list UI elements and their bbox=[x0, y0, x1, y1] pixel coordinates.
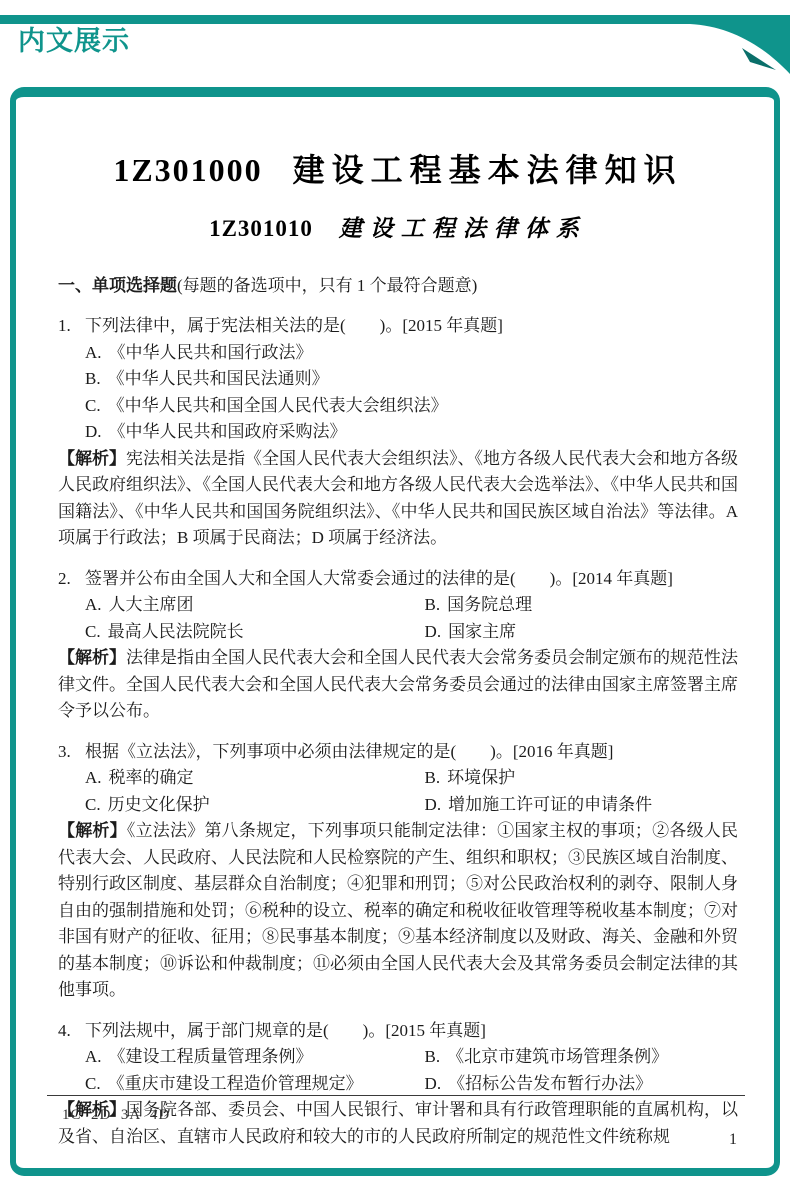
section-code: 1Z301010 bbox=[209, 216, 313, 241]
question-stem-text: 签署并公布由全国人大和全国人大常委会通过的法律的是( )。[2014 年真题] bbox=[85, 566, 738, 593]
question-stem: 1.下列法律中，属于宪法相关法的是( )。[2015 年真题] bbox=[58, 313, 738, 340]
option-item: D.《中华人民共和国政府采购法》 bbox=[85, 419, 738, 446]
option-list: A.税率的确定B.环境保护C.历史文化保护D.增加施工许可证的申请条件 bbox=[85, 765, 738, 818]
option-text: 最高人民法院院长 bbox=[108, 619, 244, 646]
option-label: B. bbox=[85, 366, 101, 393]
question-number: 4. bbox=[58, 1018, 85, 1045]
option-text: 国务院总理 bbox=[447, 592, 532, 619]
option-text: 《重庆市建设工程造价管理规定》 bbox=[108, 1071, 363, 1098]
option-list: A.人大主席团B.国务院总理C.最高人民法院院长D.国家主席 bbox=[85, 592, 738, 645]
option-label: B. bbox=[425, 1044, 441, 1071]
analysis-label: 【解析】 bbox=[58, 449, 126, 468]
option-text: 税率的确定 bbox=[109, 765, 194, 792]
option-text: 《建设工程质量管理条例》 bbox=[109, 1044, 313, 1071]
question-item: 4.下列法规中，属于部门规章的是( )。[2015 年真题]A.《建设工程质量管… bbox=[58, 1018, 738, 1151]
option-label: B. bbox=[425, 592, 441, 619]
option-text: 《中华人民共和国行政法》 bbox=[109, 340, 313, 367]
question-type-note: (每题的备选项中，只有 1 个最符合题意) bbox=[177, 276, 477, 295]
option-item: B.《中华人民共和国民法通则》 bbox=[85, 366, 738, 393]
option-item: D.《招标公告发布暂行办法》 bbox=[425, 1071, 738, 1098]
option-item: C.《重庆市建设工程造价管理规定》 bbox=[85, 1071, 425, 1098]
footer-divider bbox=[47, 1095, 745, 1096]
option-text: 环境保护 bbox=[447, 765, 515, 792]
corner-fold-decoration bbox=[690, 14, 790, 76]
option-text: 人大主席团 bbox=[109, 592, 194, 619]
option-label: A. bbox=[85, 765, 102, 792]
option-label: D. bbox=[425, 1071, 442, 1098]
analysis-label: 【解析】 bbox=[58, 821, 127, 840]
content-preview-banner-label: 内文展示 bbox=[18, 24, 130, 58]
option-text: 国家主席 bbox=[448, 619, 516, 646]
question-analysis: 【解析】法律是指由全国人民代表大会和全国人民代表大会常务委员会制定颁布的规范性法… bbox=[58, 645, 738, 725]
option-item: C.历史文化保护 bbox=[85, 792, 425, 819]
book-page: 1Z301000建设工程基本法律知识 1Z301010建设工程法律体系 一、单项… bbox=[10, 87, 780, 1176]
option-item: A.人大主席团 bbox=[85, 592, 425, 619]
option-label: A. bbox=[85, 592, 102, 619]
book-preview-screenshot: { "colors": { "accent": "#0f948c", "acce… bbox=[0, 0, 790, 1200]
question-item: 1.下列法律中，属于宪法相关法的是( )。[2015 年真题]A.《中华人民共和… bbox=[58, 313, 738, 552]
option-item: D.国家主席 bbox=[425, 619, 738, 646]
option-text: 《招标公告发布暂行办法》 bbox=[448, 1071, 652, 1098]
chapter-title-text: 建设工程基本法律知识 bbox=[293, 152, 683, 188]
option-label: A. bbox=[85, 1044, 102, 1071]
question-stem: 3.根据《立法法》，下列事项中必须由法律规定的是( )。[2016 年真题] bbox=[58, 739, 738, 766]
option-item: C.《中华人民共和国全国人民代表大会组织法》 bbox=[85, 393, 738, 420]
section-title: 1Z301010建设工程法律体系 bbox=[58, 213, 738, 245]
question-list: 1.下列法律中，属于宪法相关法的是( )。[2015 年真题]A.《中华人民共和… bbox=[58, 313, 738, 1150]
chapter-code: 1Z301000 bbox=[113, 152, 262, 188]
option-item: B.《北京市建筑市场管理条例》 bbox=[425, 1044, 738, 1071]
question-item: 2.签署并公布由全国人大和全国人大常委会通过的法律的是( )。[2014 年真题… bbox=[58, 566, 738, 725]
question-number: 2. bbox=[58, 566, 85, 593]
option-label: B. bbox=[425, 765, 441, 792]
option-item: A.税率的确定 bbox=[85, 765, 425, 792]
option-list: A.《建设工程质量管理条例》B.《北京市建筑市场管理条例》C.《重庆市建设工程造… bbox=[85, 1044, 738, 1097]
option-item: B.环境保护 bbox=[425, 765, 738, 792]
option-label: C. bbox=[85, 1071, 101, 1098]
option-item: A.《中华人民共和国行政法》 bbox=[85, 340, 738, 367]
question-stem: 4.下列法规中，属于部门规章的是( )。[2015 年真题] bbox=[58, 1018, 738, 1045]
answer-key: 1C 2D 3A 4D bbox=[62, 1107, 170, 1124]
option-text: 增加施工许可证的申请条件 bbox=[448, 792, 652, 819]
question-item: 3.根据《立法法》，下列事项中必须由法律规定的是( )。[2016 年真题]A.… bbox=[58, 739, 738, 1004]
option-text: 《中华人民共和国全国人民代表大会组织法》 bbox=[108, 393, 448, 420]
option-label: D. bbox=[425, 792, 442, 819]
page-content: 1Z301000建设工程基本法律知识 1Z301010建设工程法律体系 一、单项… bbox=[16, 149, 774, 1150]
question-type-label: 一、单项选择题 bbox=[58, 276, 177, 295]
option-label: C. bbox=[85, 393, 101, 420]
option-label: C. bbox=[85, 792, 101, 819]
option-item: B.国务院总理 bbox=[425, 592, 738, 619]
question-type-heading: 一、单项选择题(每题的备选项中，只有 1 个最符合题意) bbox=[58, 273, 738, 299]
option-label: C. bbox=[85, 619, 101, 646]
option-item: C.最高人民法院院长 bbox=[85, 619, 425, 646]
chapter-title: 1Z301000建设工程基本法律知识 bbox=[58, 149, 738, 191]
question-analysis: 【解析】宪法相关法是指《全国人民代表大会组织法》、《地方各级人民代表大会和地方各… bbox=[58, 446, 738, 552]
option-label: A. bbox=[85, 340, 102, 367]
option-list: A.《中华人民共和国行政法》B.《中华人民共和国民法通则》C.《中华人民共和国全… bbox=[85, 340, 738, 446]
question-number: 3. bbox=[58, 739, 85, 766]
option-label: D. bbox=[85, 419, 102, 446]
question-stem-text: 下列法律中，属于宪法相关法的是( )。[2015 年真题] bbox=[85, 313, 738, 340]
top-accent-rule bbox=[0, 15, 790, 24]
option-text: 《中华人民共和国政府采购法》 bbox=[109, 419, 347, 446]
question-stem: 2.签署并公布由全国人大和全国人大常委会通过的法律的是( )。[2014 年真题… bbox=[58, 566, 738, 593]
question-stem-text: 下列法规中，属于部门规章的是( )。[2015 年真题] bbox=[85, 1018, 738, 1045]
question-stem-text: 根据《立法法》，下列事项中必须由法律规定的是( )。[2016 年真题] bbox=[85, 739, 738, 766]
option-text: 历史文化保护 bbox=[108, 792, 210, 819]
option-item: A.《建设工程质量管理条例》 bbox=[85, 1044, 425, 1071]
analysis-label: 【解析】 bbox=[58, 648, 126, 667]
option-text: 《中华人民共和国民法通则》 bbox=[108, 366, 329, 393]
page-number: 1 bbox=[729, 1131, 737, 1149]
option-label: D. bbox=[425, 619, 442, 646]
section-title-text: 建设工程法律体系 bbox=[339, 216, 587, 241]
option-text: 《北京市建筑市场管理条例》 bbox=[447, 1044, 668, 1071]
question-analysis: 【解析】《立法法》第八条规定，下列事项只能制定法律：①国家主权的事项；②各级人民… bbox=[58, 818, 738, 1004]
option-item: D.增加施工许可证的申请条件 bbox=[425, 792, 738, 819]
question-number: 1. bbox=[58, 313, 85, 340]
